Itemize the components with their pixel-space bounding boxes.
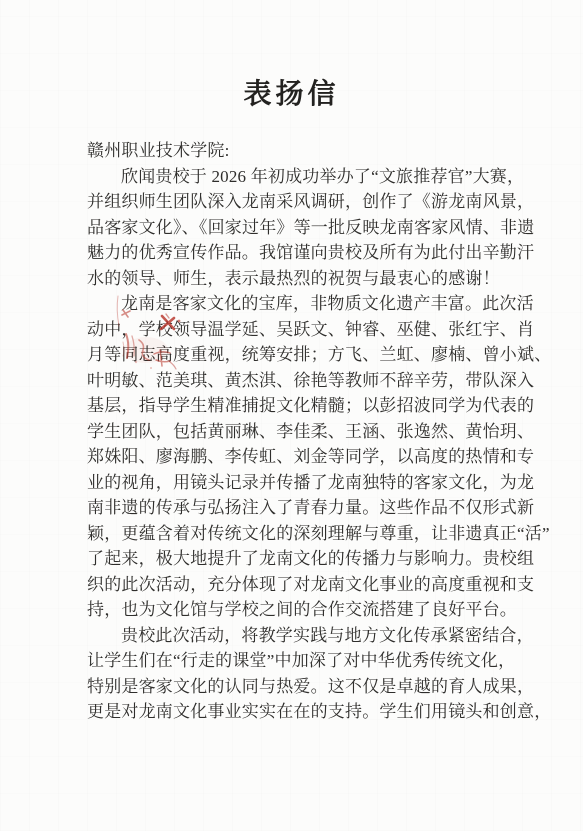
paragraph-line: 了起来，极大地提升了龙南文化的传播力与影响力。贵校组 [87,546,508,572]
paragraph-line: 织的此次活动，充分体现了对龙南文化事业的高度重视和支 [87,572,508,598]
paragraph-line: 动中，学校领导温学延、吴跃文、钟睿、巫健、张红宇、肖 [87,317,508,343]
paragraph-line: 持，也为文化馆与学校之间的合作交流搭建了良好平台。 [87,597,508,623]
paragraph-line: 学生团队，包括黄丽琳、李佳柔、王涵、张逸然、黄怡玥、 [87,419,508,445]
paragraph-line: 水的领导、师生，表示最热烈的祝贺与最衷心的感谢！ [87,266,508,292]
paragraph-line: 叶明敏、范美琪、黄杰淇、徐艳等教师不辞辛劳，带队深入 [87,368,508,394]
paragraph-line: 贵校此次活动，将教学实践与地方文化传承紧密结合， [87,623,508,649]
paragraph-line: 欣闻贵校于 2026 年初成功举办了“文旅推荐官”大赛， [87,164,508,190]
paragraph-line: 颖，更蕴含着对传统文化的深刻理解与尊重，让非遗真正“活” [87,521,508,547]
paragraph-line: 品客家文化》、《回家过年》等一批反映龙南客家风情、非遗 [87,215,508,241]
paragraph-line: 更是对龙南文化事业实实在在的支持。学生们用镜头和创意， [87,699,508,725]
paragraph-line: 业的视角，用镜头记录并传播了龙南独特的客家文化，为龙 [87,470,508,496]
paragraph-line: 基层，指导学生精准捕捉文化精髓；以彭招波同学为代表的 [87,393,508,419]
paragraph-line: 魅力的优秀宣传作品。我馆谨向贵校及所有为此付出辛勤汗 [87,240,508,266]
paragraph-line: 特别是客家文化的认同与热爱。这不仅是卓越的育人成果， [87,674,508,700]
paragraph-line: 南非遗的传承与弘扬注入了青春力量。这些作品不仅形式新 [87,495,508,521]
paragraph-line: 郑姝阳、廖海鹏、李传虹、刘金等同学，以高度的热情和专 [87,444,508,470]
salutation: 赣州职业技术学院: [87,138,508,164]
letter-body: 赣州职业技术学院: 欣闻贵校于 2026 年初成功举办了“文旅推荐官”大赛， 并… [87,138,508,725]
paragraph-line: 月等同志高度重视，统筹安排；方飞、兰虹、廖楠、曾小斌、 [87,342,508,368]
paragraph-line: 让学生们在“行走的课堂”中加深了对中华优秀传统文化， [87,648,508,674]
paragraph-line: 并组织师生团队深入龙南采风调研，创作了《游龙南风景， [87,189,508,215]
paragraph-line: 龙南是客家文化的宝库，非物质文化遗产丰富。此次活 [87,291,508,317]
letter-title: 表扬信 [0,72,583,112]
scanned-letter-page: 表扬信 赣州职业技术学院: 欣闻贵校于 2026 年初成功举办了“文旅推荐官”大… [0,0,583,831]
